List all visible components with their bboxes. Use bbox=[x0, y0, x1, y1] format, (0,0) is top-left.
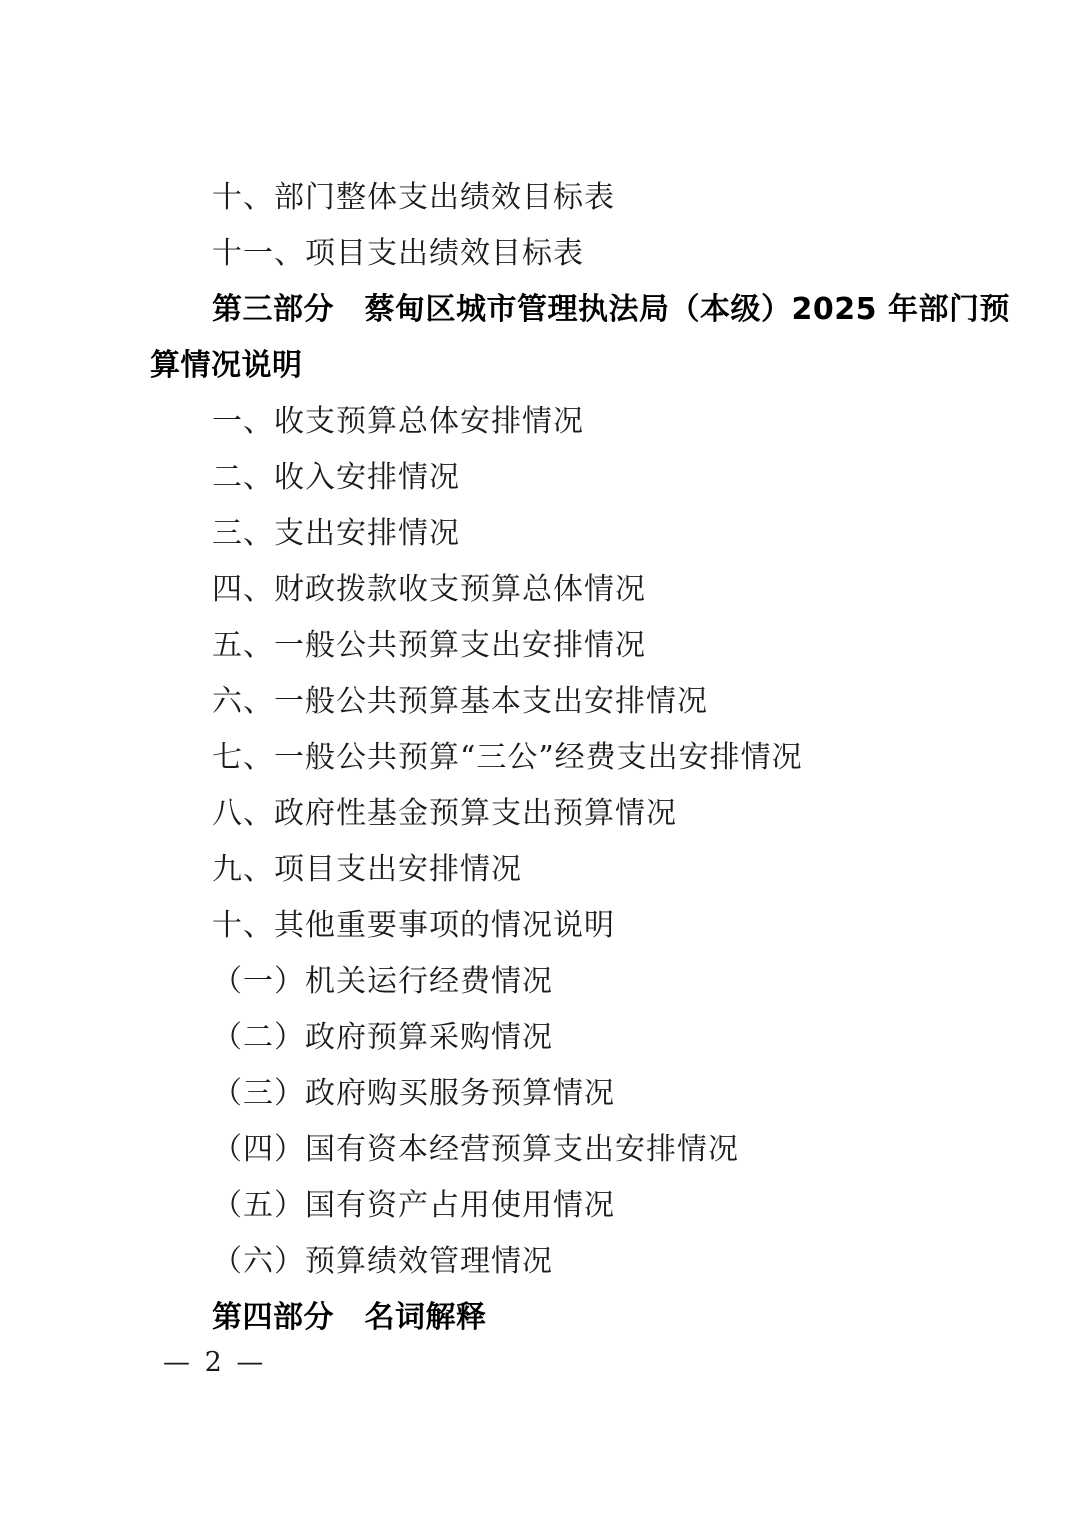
toc-item-tables-10: 十、部门整体支出绩效目标表 bbox=[150, 170, 940, 226]
part4-heading: 第四部分 名词解释 bbox=[150, 1290, 940, 1346]
part3-heading-line2: 算情况说明 bbox=[150, 338, 940, 394]
part3-heading-line1: 第三部分 蔡甸区城市管理执法局（本级）2025 年部门预 bbox=[150, 282, 940, 338]
document-page: 十、部门整体支出绩效目标表 十一、项目支出绩效目标表 第三部分 蔡甸区城市管理执… bbox=[0, 0, 1074, 1520]
toc-item-notes-2: 二、收入安排情况 bbox=[150, 450, 940, 506]
toc-item-notes-7: 七、一般公共预算“三公”经费支出安排情况 bbox=[150, 730, 940, 786]
toc-subitem-5: （五）国有资产占用使用情况 bbox=[150, 1178, 940, 1234]
toc-item-tables-11: 十一、项目支出绩效目标表 bbox=[150, 226, 940, 282]
toc-item-notes-10: 十、其他重要事项的情况说明 bbox=[150, 898, 940, 954]
page-footer: — 2 — bbox=[163, 1340, 266, 1386]
toc-item-notes-4: 四、财政拨款收支预算总体情况 bbox=[150, 562, 940, 618]
toc-content: 十、部门整体支出绩效目标表 十一、项目支出绩效目标表 第三部分 蔡甸区城市管理执… bbox=[150, 170, 940, 1346]
toc-item-notes-3: 三、支出安排情况 bbox=[150, 506, 940, 562]
toc-subitem-1: （一）机关运行经费情况 bbox=[150, 954, 940, 1010]
toc-subitem-4: （四）国有资本经营预算支出安排情况 bbox=[150, 1122, 940, 1178]
toc-subitem-2: （二）政府预算采购情况 bbox=[150, 1010, 940, 1066]
toc-subitem-3: （三）政府购买服务预算情况 bbox=[150, 1066, 940, 1122]
page-number: — 2 — bbox=[163, 1347, 266, 1378]
toc-subitem-6: （六）预算绩效管理情况 bbox=[150, 1234, 940, 1290]
toc-item-notes-9: 九、项目支出安排情况 bbox=[150, 842, 940, 898]
toc-item-notes-8: 八、政府性基金预算支出预算情况 bbox=[150, 786, 940, 842]
toc-item-notes-6: 六、一般公共预算基本支出安排情况 bbox=[150, 674, 940, 730]
toc-item-notes-1: 一、收支预算总体安排情况 bbox=[150, 394, 940, 450]
toc-item-notes-5: 五、一般公共预算支出安排情况 bbox=[150, 618, 940, 674]
